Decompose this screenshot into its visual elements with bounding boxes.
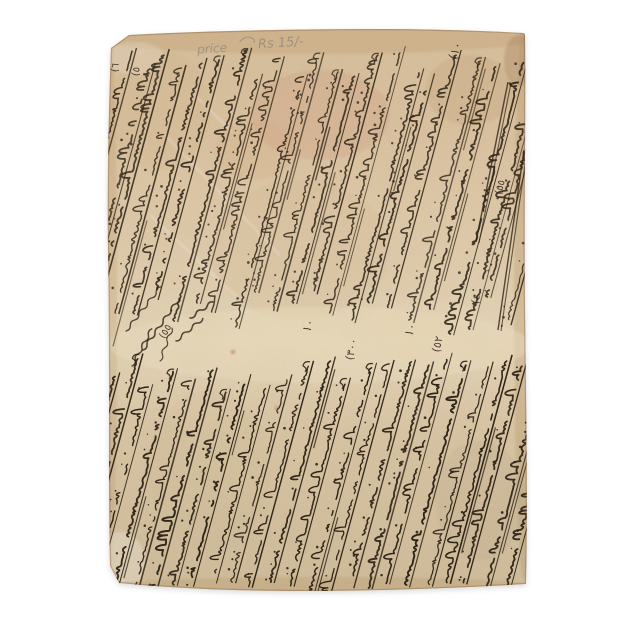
diacritic-dot bbox=[257, 461, 260, 464]
diacritic-dot bbox=[105, 462, 106, 463]
diacritic-dot bbox=[274, 551, 276, 553]
diacritic-dot bbox=[248, 253, 249, 254]
diacritic-dot bbox=[52, 577, 54, 579]
diacritic-dot bbox=[309, 74, 312, 77]
diacritic-dot bbox=[161, 380, 163, 382]
diacritic-dot bbox=[247, 261, 250, 264]
diacritic-dot bbox=[316, 391, 318, 393]
diacritic-dot bbox=[374, 124, 377, 127]
diacritic-dot bbox=[491, 243, 493, 245]
diacritic-dot bbox=[217, 147, 219, 149]
diacritic-dot bbox=[393, 172, 395, 174]
diacritic-dot bbox=[409, 85, 411, 87]
diacritic-dot bbox=[516, 530, 518, 532]
diacritic-dot bbox=[444, 506, 445, 507]
diacritic-dot bbox=[233, 551, 235, 553]
diacritic-dot bbox=[205, 236, 207, 238]
diacritic-dot bbox=[152, 562, 154, 564]
diacritic-dot bbox=[199, 466, 201, 468]
diacritic-dot bbox=[489, 450, 492, 453]
diacritic-dot bbox=[488, 167, 490, 169]
diacritic-dot bbox=[235, 130, 237, 132]
diacritic-dot bbox=[115, 490, 117, 492]
diacritic-dot bbox=[231, 558, 233, 560]
diacritic-dot bbox=[380, 574, 383, 577]
diacritic-dot bbox=[222, 191, 224, 193]
diacritic-dot bbox=[287, 573, 289, 575]
diacritic-dot bbox=[267, 300, 269, 302]
diacritic-dot bbox=[494, 252, 497, 255]
diacritic-dot bbox=[245, 279, 247, 281]
diacritic-dot bbox=[180, 180, 182, 182]
diacritic-dot bbox=[395, 130, 397, 132]
diacritic-dot bbox=[274, 532, 276, 534]
header-curl bbox=[543, 354, 550, 364]
diacritic-dot bbox=[218, 459, 220, 461]
diacritic-dot bbox=[519, 260, 521, 262]
diacritic-dot bbox=[156, 272, 158, 274]
diacritic-dot bbox=[412, 115, 415, 118]
double-ruling-line bbox=[85, 496, 108, 580]
diacritic-dot bbox=[531, 81, 532, 82]
diacritic-dot bbox=[125, 382, 127, 384]
diacritic-dot bbox=[238, 526, 240, 528]
diacritic-dot bbox=[182, 399, 184, 401]
diacritic-dot bbox=[513, 461, 515, 463]
diacritic-dot bbox=[144, 449, 146, 451]
diacritic-dot bbox=[318, 183, 320, 185]
diacritic-dot bbox=[110, 511, 112, 513]
diacritic-dot bbox=[286, 567, 288, 569]
diacritic-dot bbox=[551, 400, 554, 403]
diacritic-dot bbox=[266, 189, 268, 191]
diacritic-dot bbox=[72, 495, 74, 497]
diacritic-dot bbox=[386, 293, 389, 296]
diacritic-dot bbox=[514, 62, 517, 65]
diacritic-dot bbox=[479, 495, 481, 497]
diacritic-dot bbox=[315, 463, 318, 466]
diacritic-dot bbox=[270, 563, 272, 565]
diacritic-dot bbox=[249, 425, 251, 427]
diacritic-dot bbox=[462, 551, 464, 553]
diacritic-dot bbox=[363, 439, 365, 441]
diacritic-dot bbox=[536, 85, 538, 87]
diacritic-dot bbox=[207, 223, 209, 225]
diacritic-dot bbox=[313, 563, 315, 565]
diacritic-dot bbox=[260, 514, 262, 516]
diacritic-dot bbox=[414, 174, 416, 176]
diacritic-dot bbox=[434, 202, 436, 204]
diacritic-dot bbox=[227, 491, 229, 493]
diacritic-dot bbox=[496, 429, 498, 431]
diacritic-dot bbox=[391, 192, 393, 194]
diacritic-dot bbox=[215, 279, 217, 281]
diacritic-dot bbox=[297, 96, 299, 98]
diacritic-dot bbox=[315, 138, 316, 139]
diacritic-dot bbox=[76, 305, 78, 307]
diacritic-dot bbox=[342, 98, 345, 101]
diacritic-dot bbox=[555, 128, 557, 130]
diacritic-dot bbox=[332, 203, 334, 205]
diacritic-dot bbox=[132, 293, 134, 295]
diacritic-dot bbox=[535, 102, 537, 104]
diacritic-dot bbox=[353, 554, 356, 557]
diacritic-dot bbox=[253, 279, 255, 281]
diacritic-dot bbox=[268, 81, 270, 83]
diacritic-dot bbox=[251, 476, 254, 479]
diacritic-dot bbox=[174, 283, 176, 285]
diacritic-dot bbox=[440, 519, 442, 521]
diacritic-dot bbox=[343, 453, 344, 454]
diacritic-dot bbox=[295, 541, 297, 543]
diacritic-dot bbox=[349, 563, 352, 566]
diacritic-dot bbox=[176, 476, 178, 478]
diacritic-dot bbox=[186, 584, 188, 586]
diacritic-dot bbox=[334, 479, 337, 482]
diacritic-dot bbox=[336, 264, 338, 266]
diacritic-dot bbox=[307, 497, 309, 499]
diacritic-dot bbox=[213, 480, 216, 483]
diacritic-dot bbox=[459, 579, 461, 581]
diacritic-dot bbox=[293, 90, 295, 92]
diacritic-dot bbox=[181, 519, 183, 521]
diacritic-dot bbox=[86, 308, 88, 310]
diacritic-dot bbox=[543, 158, 545, 160]
diacritic-dot bbox=[276, 390, 278, 392]
diacritic-dot bbox=[300, 111, 302, 113]
diacritic-dot bbox=[264, 87, 266, 89]
diacritic-dot bbox=[144, 244, 146, 246]
diacritic-dot bbox=[144, 169, 147, 172]
diacritic-dot bbox=[355, 111, 357, 113]
diacritic-dot bbox=[116, 552, 118, 554]
diacritic-dot bbox=[354, 540, 356, 542]
double-ruling-line bbox=[547, 88, 578, 202]
diacritic-dot bbox=[157, 396, 159, 398]
diacritic-dot bbox=[357, 101, 360, 104]
diacritic-dot bbox=[399, 369, 402, 372]
diacritic-dot bbox=[356, 176, 359, 179]
diacritic-dot bbox=[303, 427, 305, 429]
diacritic-dot bbox=[156, 195, 158, 197]
diacritic-dot bbox=[232, 67, 234, 69]
diacritic-dot bbox=[487, 270, 489, 272]
diacritic-dot bbox=[379, 528, 382, 531]
diacritic-dot bbox=[268, 422, 270, 424]
diacritic-dot bbox=[396, 458, 398, 460]
diacritic-dot bbox=[489, 239, 490, 240]
diacritic-dot bbox=[496, 197, 498, 199]
diacritic-dot bbox=[314, 272, 316, 274]
diacritic-dot bbox=[108, 432, 109, 433]
diacritic-dot bbox=[138, 387, 140, 389]
diacritic-dot bbox=[434, 254, 436, 256]
diacritic-dot bbox=[263, 507, 265, 509]
diacritic-dot bbox=[200, 111, 202, 113]
diacritic-dot bbox=[265, 217, 268, 220]
diacritic-dot bbox=[292, 488, 294, 490]
pencil-amount: Rs 15/- bbox=[257, 34, 304, 52]
diacritic-dot bbox=[405, 145, 406, 146]
diacritic-dot bbox=[472, 520, 474, 522]
diacritic-dot bbox=[155, 421, 157, 423]
diacritic-dot bbox=[449, 302, 452, 305]
diacritic-dot bbox=[219, 452, 221, 454]
diacritic-dot bbox=[321, 166, 324, 169]
diacritic-dot bbox=[297, 112, 299, 114]
diacritic-dot bbox=[189, 137, 191, 139]
diacritic-dot bbox=[293, 460, 295, 462]
diacritic-dot bbox=[403, 440, 405, 442]
diacritic-dot bbox=[525, 108, 527, 110]
diacritic-dot bbox=[290, 107, 292, 109]
diacritic-dot bbox=[307, 79, 310, 82]
paper-surface: (١٠(٦(٥(٥٥١٠١٠(٣٠٠(٥٢(٤(٥٥ price Rs 15/- bbox=[51, 20, 578, 602]
diacritic-dot bbox=[164, 233, 165, 234]
diacritic-dot bbox=[473, 129, 475, 131]
diacritic-dot bbox=[208, 500, 209, 501]
diacritic-dot bbox=[393, 53, 395, 55]
diacritic-dot bbox=[285, 147, 287, 149]
diacritic-dot bbox=[214, 205, 216, 207]
diacritic-dot bbox=[395, 524, 397, 526]
diacritic-dot bbox=[375, 395, 377, 397]
diacritic-dot bbox=[426, 146, 428, 148]
diacritic-dot bbox=[70, 251, 73, 254]
diacritic-dot bbox=[77, 494, 79, 496]
diacritic-dot bbox=[485, 177, 488, 180]
diacritic-dot bbox=[416, 531, 419, 534]
diacritic-dot bbox=[130, 143, 133, 146]
diacritic-dot bbox=[393, 477, 395, 479]
diacritic-dot bbox=[160, 185, 163, 188]
diacritic-dot bbox=[337, 251, 339, 253]
diacritic-dot bbox=[198, 267, 201, 270]
diacritic-dot bbox=[57, 562, 58, 563]
diacritic-dot bbox=[92, 281, 95, 284]
diacritic-dot bbox=[252, 285, 254, 287]
diacritic-dot bbox=[286, 151, 288, 153]
diacritic-dot bbox=[202, 448, 204, 450]
diacritic-dot bbox=[549, 145, 551, 147]
diacritic-dot bbox=[415, 447, 417, 449]
diacritic-dot bbox=[562, 102, 564, 104]
diacritic-dot bbox=[187, 572, 189, 574]
diacritic-dot bbox=[97, 273, 99, 275]
diacritic-dot bbox=[106, 112, 109, 115]
diacritic-dot bbox=[101, 393, 103, 395]
diacritic-dot bbox=[373, 112, 375, 114]
diacritic-dot bbox=[456, 195, 457, 196]
diacritic-dot bbox=[461, 511, 464, 514]
diacritic-dot bbox=[250, 141, 253, 144]
diacritic-dot bbox=[121, 463, 122, 464]
diacritic-dot bbox=[186, 510, 188, 512]
diacritic-dot bbox=[361, 379, 363, 381]
diacritic-dot bbox=[531, 72, 533, 74]
diacritic-dot bbox=[482, 182, 484, 184]
diacritic-dot bbox=[94, 480, 96, 482]
diacritic-dot bbox=[519, 446, 522, 449]
diacritic-dot bbox=[392, 180, 395, 183]
diacritic-dot bbox=[457, 119, 459, 121]
diacritic-dot bbox=[477, 262, 479, 264]
diacritic-dot bbox=[325, 575, 327, 577]
diacritic-dot bbox=[251, 410, 253, 412]
diacritic-dot bbox=[243, 523, 245, 525]
diacritic-dot bbox=[126, 133, 128, 135]
diacritic-dot bbox=[464, 426, 466, 428]
diacritic-dot bbox=[272, 285, 274, 287]
diacritic-dot bbox=[339, 462, 341, 464]
diacritic-dot bbox=[361, 298, 363, 300]
diacritic-dot bbox=[516, 366, 518, 368]
diacritic-dot bbox=[283, 427, 286, 430]
diacritic-dot bbox=[232, 151, 234, 153]
diacritic-dot bbox=[321, 222, 324, 225]
diacritic-dot bbox=[292, 281, 294, 283]
diacritic-dot bbox=[460, 576, 462, 578]
diacritic-dot bbox=[412, 124, 414, 126]
diacritic-dot bbox=[248, 573, 249, 574]
diacritic-dot bbox=[355, 195, 356, 196]
diacritic-dot bbox=[294, 271, 296, 273]
diacritic-dot bbox=[236, 297, 239, 300]
diacritic-dot bbox=[143, 73, 146, 76]
diacritic-dot bbox=[333, 183, 335, 185]
diacritic-dot bbox=[458, 271, 461, 274]
diacritic-dot bbox=[157, 132, 159, 134]
diacritic-dot bbox=[472, 289, 474, 291]
diacritic-dot bbox=[100, 407, 102, 409]
header-curl bbox=[555, 385, 562, 395]
diacritic-dot bbox=[393, 265, 395, 267]
diacritic-dot bbox=[234, 400, 236, 402]
diacritic-dot bbox=[363, 516, 365, 518]
diacritic-dot bbox=[236, 390, 238, 392]
diacritic-dot bbox=[144, 524, 147, 527]
diacritic-dot bbox=[227, 415, 229, 417]
diacritic-dot bbox=[388, 482, 390, 484]
diacritic-dot bbox=[518, 122, 520, 124]
diacritic-dot bbox=[242, 437, 244, 439]
diacritic-dot bbox=[114, 218, 116, 220]
diacritic-dot bbox=[350, 549, 352, 551]
diacritic-dot bbox=[203, 516, 205, 518]
diacritic-dot bbox=[178, 188, 180, 190]
diacritic-dot bbox=[401, 448, 403, 450]
diacritic-dot bbox=[313, 196, 315, 198]
diacritic-dot bbox=[95, 429, 97, 431]
pencil-price-word: price bbox=[196, 41, 228, 57]
diacritic-dot bbox=[342, 85, 344, 87]
diacritic-dot bbox=[408, 405, 410, 407]
diacritic-dot bbox=[349, 145, 350, 146]
diacritic-dot bbox=[98, 422, 100, 424]
diacritic-dot bbox=[369, 484, 371, 486]
diacritic-dot bbox=[275, 191, 277, 193]
diacritic-dot bbox=[137, 561, 139, 563]
diacritic-dot bbox=[100, 535, 102, 537]
diacritic-dot bbox=[327, 294, 329, 296]
diacritic-dot bbox=[207, 370, 209, 372]
diacritic-dot bbox=[55, 323, 57, 325]
diacritic-dot bbox=[438, 103, 440, 105]
diacritic-dot bbox=[482, 195, 484, 197]
diacritic-dot bbox=[511, 548, 512, 549]
diacritic-dot bbox=[378, 195, 380, 197]
diacritic-dot bbox=[419, 91, 421, 93]
diacritic-dot bbox=[189, 145, 191, 147]
diacritic-dot bbox=[120, 139, 123, 142]
manuscript-photo: (١٠(٦(٥(٥٥١٠١٠(٣٠٠(٥٢(٤(٥٥ price Rs 15/- bbox=[0, 0, 635, 635]
diacritic-dot bbox=[347, 303, 350, 306]
diacritic-dot bbox=[104, 461, 106, 463]
diacritic-dot bbox=[327, 412, 329, 414]
diacritic-dot bbox=[259, 245, 260, 246]
diacritic-dot bbox=[446, 226, 448, 228]
diacritic-dot bbox=[148, 504, 150, 506]
diacritic-dot bbox=[393, 472, 395, 474]
diacritic-dot bbox=[229, 164, 231, 166]
diacritic-dot bbox=[336, 384, 338, 386]
script-strokes bbox=[51, 377, 115, 586]
diacritic-dot bbox=[360, 91, 363, 94]
diacritic-dot bbox=[102, 131, 104, 133]
diacritic-dot bbox=[494, 377, 496, 379]
diacritic-dot bbox=[173, 416, 176, 419]
diacritic-dot bbox=[452, 391, 455, 394]
diacritic-dot bbox=[458, 170, 460, 172]
diacritic-dot bbox=[554, 111, 557, 114]
diacritic-dot bbox=[253, 272, 255, 274]
diacritic-dot bbox=[149, 514, 151, 516]
diacritic-dot bbox=[258, 216, 260, 218]
diacritic-dot bbox=[490, 264, 492, 266]
diacritic-dot bbox=[364, 422, 366, 424]
diacritic-dot bbox=[124, 452, 126, 454]
diacritic-dot bbox=[526, 232, 529, 235]
diacritic-dot bbox=[484, 189, 486, 191]
diacritic-dot bbox=[87, 518, 89, 520]
diacritic-dot bbox=[466, 251, 469, 254]
diacritic-dot bbox=[147, 433, 148, 434]
diacritic-dot bbox=[111, 287, 114, 290]
diacritic-dot bbox=[326, 87, 328, 89]
diacritic-dot bbox=[295, 202, 297, 204]
diacritic-dot bbox=[156, 205, 158, 207]
diacritic-dot bbox=[542, 363, 544, 365]
diacritic-dot bbox=[400, 118, 402, 120]
photo-background: (١٠(٦(٥(٥٥١٠١٠(٣٠٠(٥٢(٤(٥٥ price Rs 15/- bbox=[0, 0, 635, 635]
diacritic-dot bbox=[243, 515, 245, 517]
diacritic-dot bbox=[407, 312, 408, 313]
diacritic-dot bbox=[210, 152, 212, 154]
diacritic-dot bbox=[93, 248, 95, 250]
diacritic-dot bbox=[475, 394, 477, 396]
margin-numeral: (٥ bbox=[130, 66, 142, 77]
diacritic-dot bbox=[530, 121, 532, 123]
diacritic-dot bbox=[251, 129, 253, 131]
diacritic-dot bbox=[460, 107, 462, 109]
diacritic-dot bbox=[274, 274, 276, 276]
diacritic-dot bbox=[119, 183, 120, 184]
diacritic-dot bbox=[188, 153, 190, 155]
diacritic-dot bbox=[186, 567, 189, 570]
diacritic-dot bbox=[300, 94, 302, 96]
diacritic-dot bbox=[136, 97, 138, 99]
diacritic-dot bbox=[167, 575, 169, 577]
